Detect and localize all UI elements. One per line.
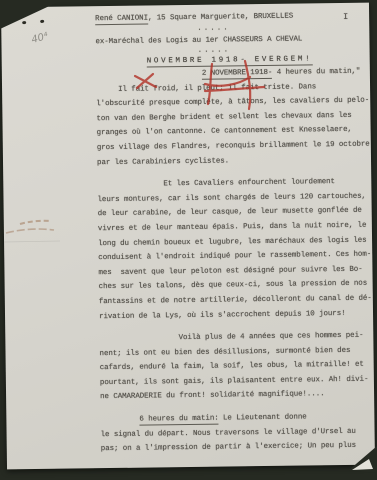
- author-name: René CANIONI: [95, 15, 148, 26]
- text-line: ne CAMARADERIE du front! solidarité magn…: [100, 387, 377, 405]
- page-number: I: [343, 12, 348, 22]
- separator-dots: .....: [198, 46, 231, 54]
- author-address: , 15 Square Marguerite, BRUXELLES: [148, 13, 293, 23]
- time-heading-rest: Le Lieutenant donne: [219, 414, 307, 423]
- date-heading-rest: 4 heures du matin,": [272, 68, 360, 77]
- author-role-line: ex-Maréchal des Logis au 1er CHASSEURS A…: [95, 35, 302, 46]
- text-line: pas; on a l'impression de partir à l'exe…: [101, 439, 377, 457]
- text-line: rivation de la Lys, où ils s'accrochent …: [99, 306, 377, 324]
- text-line: par les Carabiniers cyclistes.: [97, 152, 377, 170]
- paragraph-2: Et les Cavaliers enfourchent lourdement …: [97, 175, 377, 325]
- time-heading-underlined: 6 heures du matin:: [139, 415, 218, 426]
- date-heading: 2 NOVEMBRE 1918- 4 heures du matin,": [202, 65, 376, 82]
- document-page: I 40⁴ René CANIONI, 15 Square Marguerite…: [1, 3, 375, 470]
- paragraph-3: Voilà plus de 4 années que ces hommes pe…: [99, 329, 377, 406]
- staple-mark-icon: [22, 21, 26, 25]
- paragraph-1: 2 NOVEMBRE 1918- 4 heures du matin," Il …: [96, 65, 377, 171]
- separator-dots: .....: [197, 24, 230, 32]
- author-line: René CANIONI, 15 Square Marguerite, BRUX…: [95, 13, 293, 24]
- pencil-annotation: 40⁴: [30, 31, 49, 46]
- photograph-background: I 40⁴ René CANIONI, 15 Square Marguerite…: [0, 0, 377, 480]
- paragraph-4: 6 heures du matin: Le Lieutenant donne l…: [100, 410, 377, 457]
- date-heading-underlined: 2 NOVEMBRE 1918-: [202, 69, 273, 80]
- staple-mark-icon: [40, 20, 44, 24]
- document-body: 2 NOVEMBRE 1918- 4 heures du matin," Il …: [96, 65, 377, 457]
